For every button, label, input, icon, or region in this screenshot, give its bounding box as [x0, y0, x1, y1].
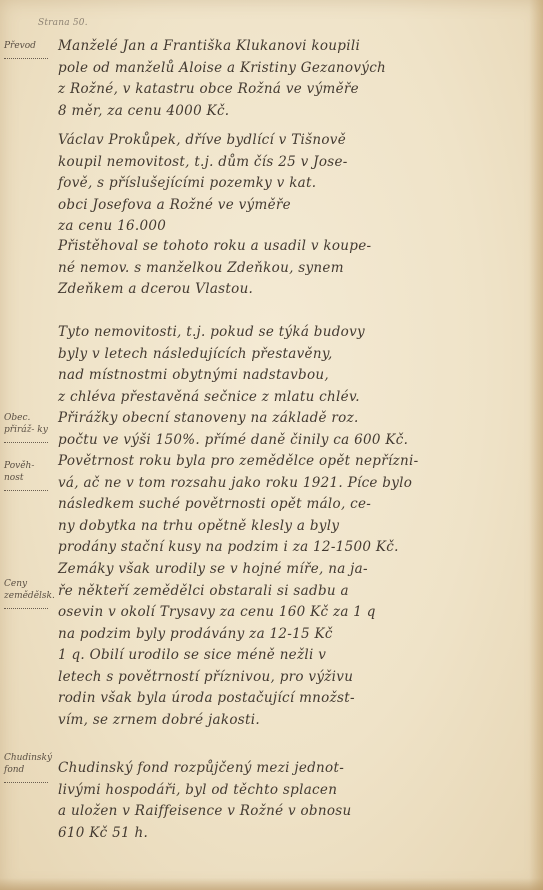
- text-line: vá, ač ne v tom rozsahu jako roku 1921. …: [58, 473, 498, 495]
- page-number: Strana 50.: [38, 18, 88, 28]
- text-line: obci Josefova a Rožné ve výměře: [58, 195, 498, 217]
- text-line: Zdeňkem a dcerou Vlastou.: [58, 279, 498, 301]
- text-line: prodány stační kusy na podzim i za 12-15…: [58, 537, 498, 559]
- text-line: Chudinský fond rozpůjčený mezi jednot-: [58, 758, 498, 780]
- text-line: letech s povětrností příznivou, pro výži…: [58, 667, 498, 689]
- paragraph-povetrnost: Povětrnost roku byla pro zemědělce opět …: [58, 451, 498, 559]
- margin-note-obecni-prirazky: Obec. přiráž- ky: [4, 412, 54, 443]
- paragraph-zemaky: Zemáky však urodily se v hojné míře, na …: [58, 559, 498, 731]
- paragraph-nemovitosti: Tyto nemovitosti, t.j. pokud se týká bud…: [58, 322, 498, 408]
- paragraph-prokupek: Václav Prokůpek, dříve bydlící v Tišnově…: [58, 130, 498, 238]
- text-line: počtu ve výši 150%. přímé daně činily ca…: [58, 430, 498, 452]
- text-line: 8 měr, za cenu 4000 Kč.: [58, 101, 498, 123]
- text-line: rodin však byla úroda postačující množst…: [58, 688, 498, 710]
- text-line: né nemov. s manželkou Zdeňkou, synem: [58, 258, 498, 280]
- squiggle-underline-icon: [4, 437, 48, 443]
- text-line: 610 Kč 51 h.: [58, 823, 498, 845]
- text-line: Povětrnost roku byla pro zemědělce opět …: [58, 451, 498, 473]
- margin-note-chudinsky-fond: Chudinský fond: [4, 752, 54, 783]
- handwritten-chronicle-page: Strana 50. Převod Obec. přiráž- ky Pověh…: [0, 0, 543, 890]
- text-line: 1 q. Obilí urodilo se sice méně nežli v: [58, 645, 498, 667]
- text-line: na podzim byly prodávány za 12-15 Kč: [58, 624, 498, 646]
- paragraph-prirazky: Přirážky obecní stanoveny na základě roz…: [58, 408, 498, 451]
- text-line: za cenu 16.000: [58, 216, 498, 238]
- paragraph-prevod: Manželé Jan a Františka Klukanovi koupil…: [58, 36, 498, 122]
- paragraph-prestehoval: Přistěhoval se tohoto roku a usadil v ko…: [58, 236, 498, 301]
- text-line: Zemáky však urodily se v hojné míře, na …: [58, 559, 498, 581]
- text-line: Tyto nemovitosti, t.j. pokud se týká bud…: [58, 322, 498, 344]
- text-line: osevin v okolí Trysavy za cenu 160 Kč za…: [58, 602, 498, 624]
- squiggle-underline-icon: [4, 485, 48, 491]
- squiggle-underline-icon: [4, 53, 48, 59]
- margin-note-text: Chudinský fond: [4, 753, 52, 775]
- paragraph-chudinsky-fond: Chudinský fond rozpůjčený mezi jednot- l…: [58, 758, 498, 844]
- margin-note-prevod: Převod: [4, 40, 54, 59]
- text-line: ny dobytka na trhu opětně klesly a byly: [58, 516, 498, 538]
- text-line: fově, s příslušejícími pozemky v kat.: [58, 173, 498, 195]
- margin-note-povetrnost: Pověh- nost: [4, 460, 54, 491]
- text-line: nad místnostmi obytnými nadstavbou,: [58, 365, 498, 387]
- text-line: Přistěhoval se tohoto roku a usadil v ko…: [58, 236, 498, 258]
- text-line: pole od manželů Aloise a Kristiny Gezano…: [58, 58, 498, 80]
- text-line: Manželé Jan a Františka Klukanovi koupil…: [58, 36, 498, 58]
- text-line: Václav Prokůpek, dříve bydlící v Tišnově: [58, 130, 498, 152]
- squiggle-underline-icon: [4, 603, 48, 609]
- text-line: ře někteří zemědělci obstarali si sadbu …: [58, 581, 498, 603]
- paper-edge-shadow-bottom: [0, 878, 543, 890]
- margin-note-ceny-zemedelske: Ceny zemědělsk.: [4, 578, 54, 609]
- margin-note-text: Ceny zemědělsk.: [4, 579, 55, 601]
- margin-note-text: Převod: [4, 41, 36, 51]
- text-line: livými hospodáři, byl od těchto splacen: [58, 780, 498, 802]
- margin-note-text: Obec. přiráž- ky: [4, 413, 48, 435]
- text-line: vím, se zrnem dobré jakosti.: [58, 710, 498, 732]
- text-line: byly v letech následujících přestavěny,: [58, 344, 498, 366]
- text-line: a uložen v Raiffeisence v Rožné v obnosu: [58, 801, 498, 823]
- squiggle-underline-icon: [4, 777, 48, 783]
- text-line: z chléva přestavěná sečnice z mlatu chlé…: [58, 387, 498, 409]
- paper-edge-shadow-right: [529, 0, 543, 890]
- text-line: následkem suché povětrnosti opět málo, c…: [58, 494, 498, 516]
- margin-note-text: Pověh- nost: [4, 461, 34, 483]
- text-line: Přirážky obecní stanoveny na základě roz…: [58, 408, 498, 430]
- text-line: koupil nemovitost, t.j. dům čís 25 v Jos…: [58, 152, 498, 174]
- text-line: z Rožné, v katastru obce Rožná ve výměře: [58, 79, 498, 101]
